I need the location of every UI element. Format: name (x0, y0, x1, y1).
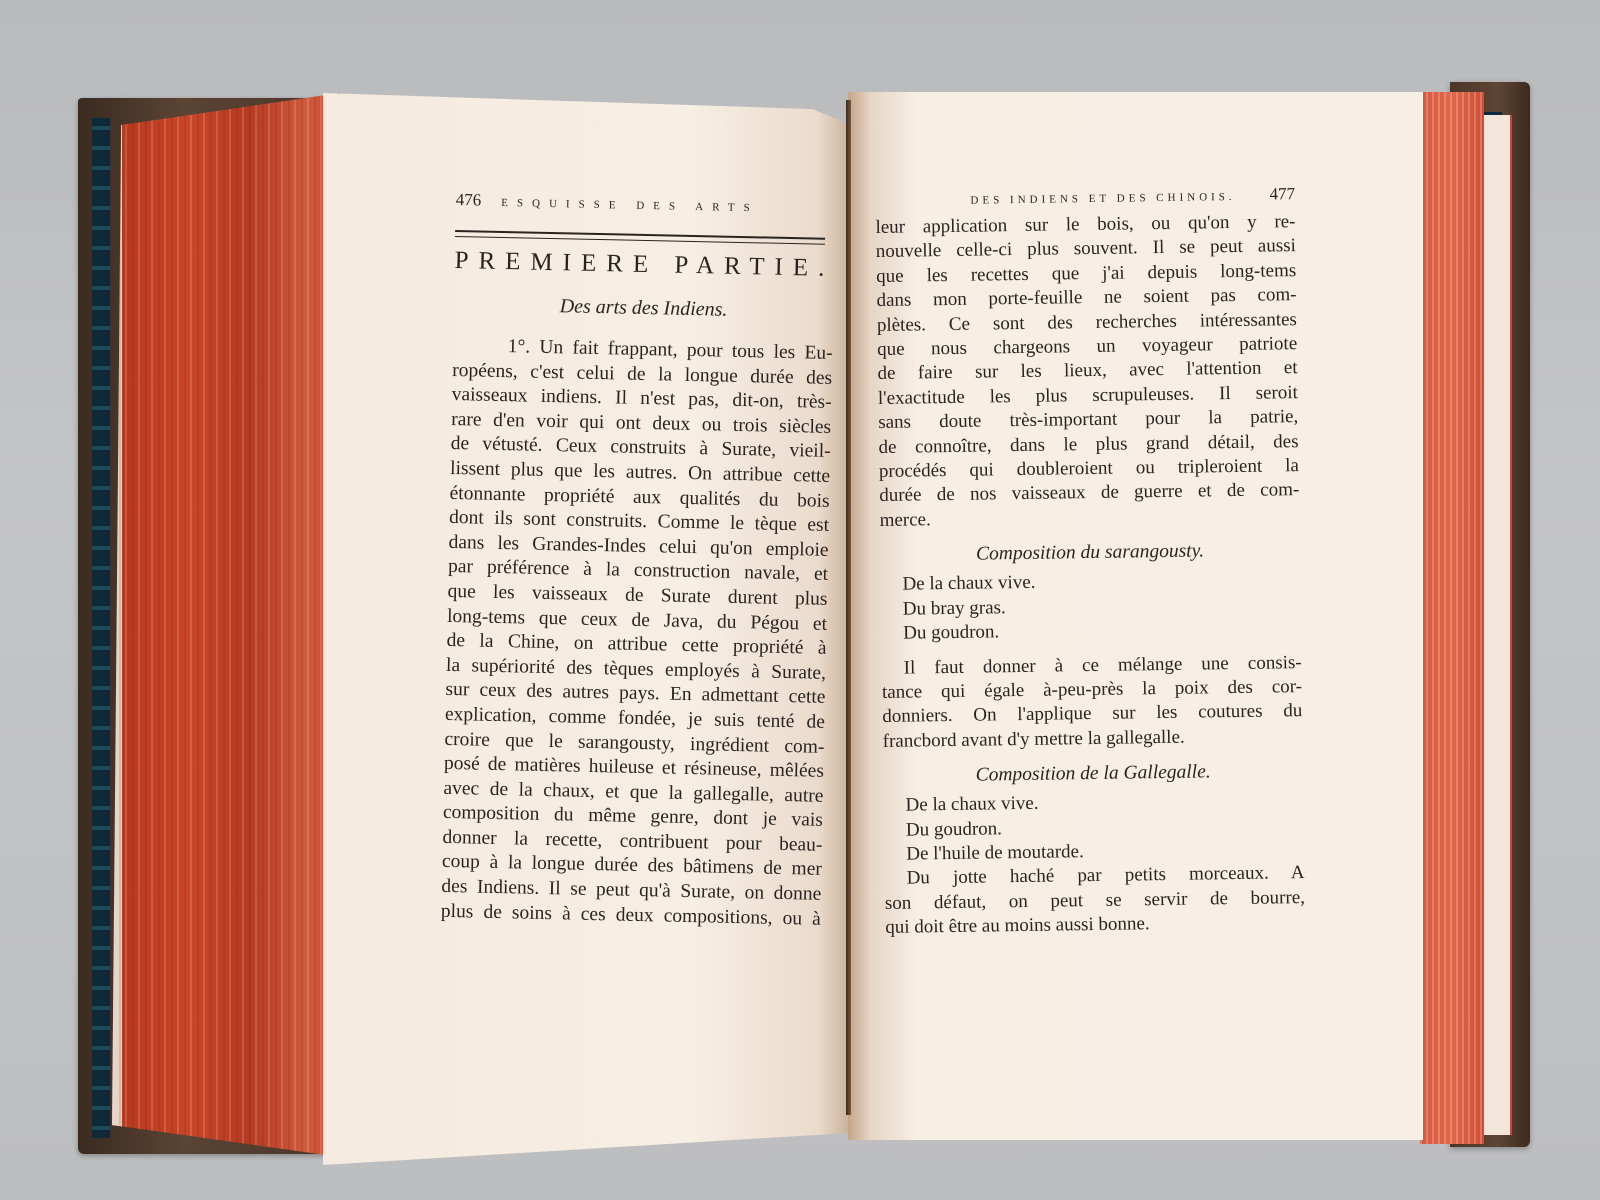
left-marbled-endpaper (92, 118, 110, 1138)
part-title: PREMIERE PARTIE. (454, 247, 835, 283)
open-book-photo: 476 ESQUISSE DES ARTS PREMIERE PARTIE. D… (0, 0, 1600, 1200)
book-gutter (846, 100, 851, 1115)
text-line: francbord avant d'y mettre la gallegalle… (883, 724, 1303, 754)
left-page-text: 476 ESQUISSE DES ARTS PREMIERE PARTIE. D… (441, 190, 836, 932)
left-red-page-edges (112, 93, 340, 1157)
right-flyleaf (1484, 115, 1512, 1135)
right-page-text: DES INDIENS ET DES CHINOIS. 477 leur app… (875, 184, 1305, 940)
running-head-title: DES INDIENS ET DES CHINOIS. (970, 191, 1235, 207)
recipe-title-gallegalle: Composition de la Gallegalle. (883, 760, 1303, 788)
recipe-note: Il faut donner à ce mélange une consis- … (882, 651, 1303, 754)
body-paragraph: 1°. Un fait frappant, pour tous les Eu- … (441, 334, 833, 932)
page-number: 477 (1269, 184, 1295, 204)
section-title: Des arts des Indiens. (453, 293, 833, 324)
right-red-page-edges (1420, 92, 1484, 1144)
recipe-title-sarangousty: Composition du sarangousty. (880, 539, 1300, 567)
double-rule (455, 230, 825, 245)
recipe-final: Du jotte haché par petits morceaux. A so… (884, 861, 1305, 940)
running-head-title: ESQUISSE DES ARTS (501, 197, 759, 214)
body-paragraph: leur application sur le bois, ou qu'on y… (875, 210, 1299, 533)
page-number: 476 (456, 190, 482, 211)
